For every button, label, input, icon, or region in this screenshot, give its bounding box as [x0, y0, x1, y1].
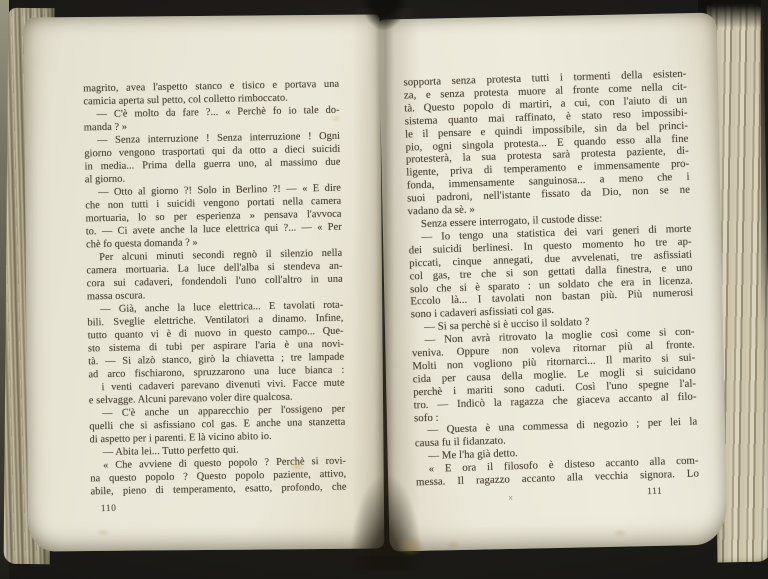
open-book-photo: magrito, avea l'aspetto stanco e tisico …: [0, 0, 768, 579]
right-page-lines: sopporta senza protesta tutti i tormenti…: [403, 68, 699, 490]
left-page-text: magrito, avea l'aspetto stanco e tisico …: [83, 78, 347, 517]
gutter-bottom-shadow: [348, 470, 424, 570]
gutter-top-shadow: [362, 0, 406, 30]
right-edge-shadow: [761, 0, 768, 330]
pencil-x-mark: ×: [508, 494, 516, 502]
right-page-text: sopporta senza protesta tutti i tormenti…: [403, 68, 699, 507]
left-page-lines: magrito, avea l'aspetto stanco e tisico …: [83, 78, 347, 499]
